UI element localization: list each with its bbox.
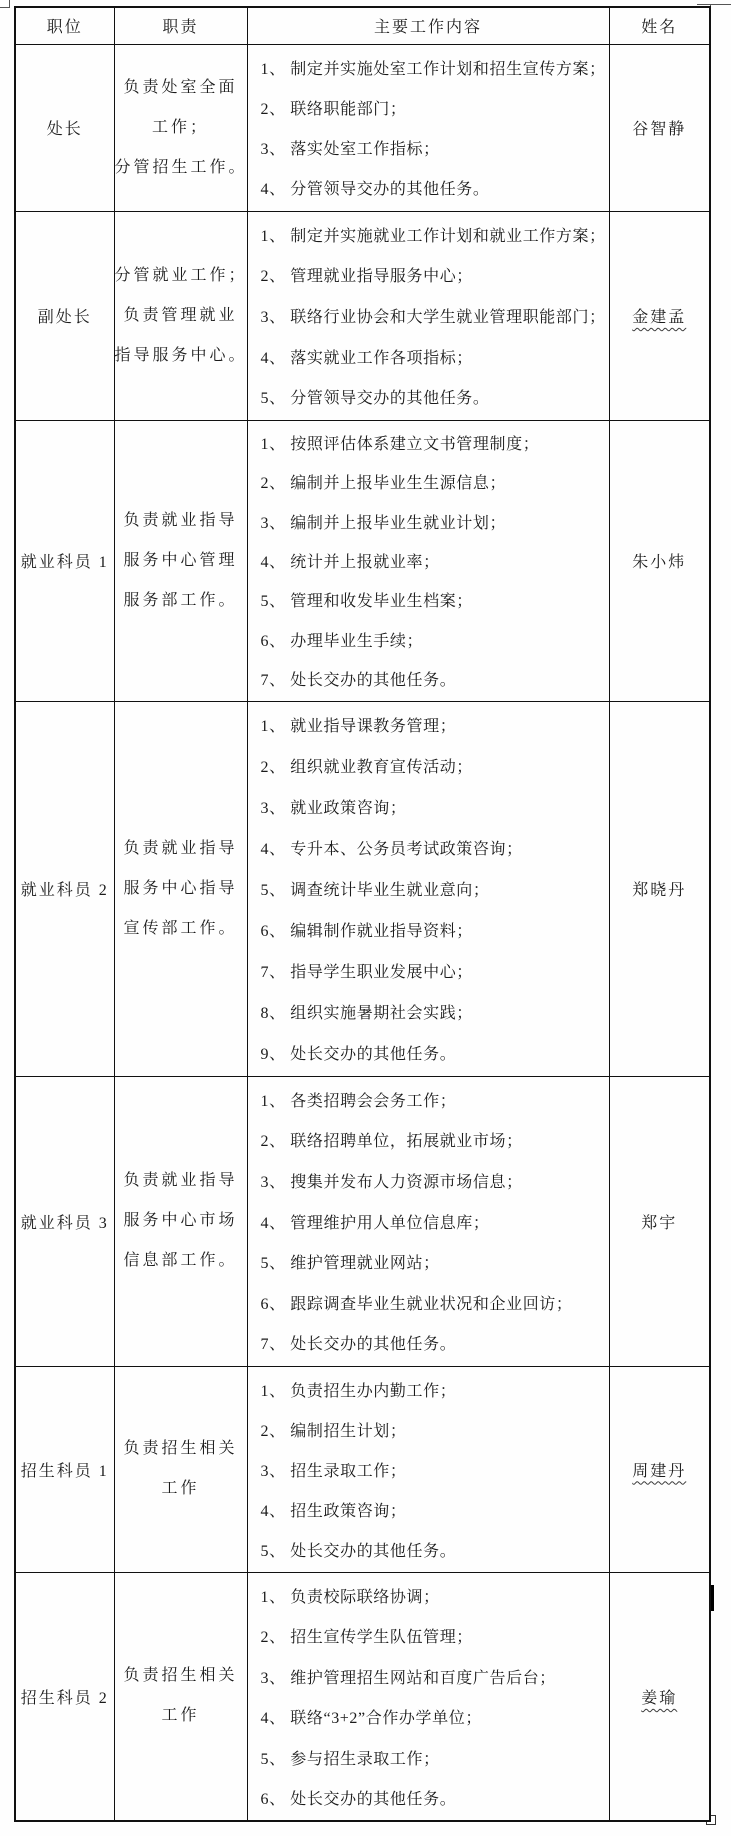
name-wrap: 姜瑜 [610,1685,710,1708]
duties-text: 负责处室全面工作；分管招生工作。 [115,68,247,188]
task-item: 1、 负责校际联络协调； [261,1575,603,1616]
name-wrap: 周建丹 [610,1458,710,1481]
duties-text: 负责就业指导服务中心指导宣传部工作。 [115,829,247,949]
duty-table: 职位 职责 主要工作内容 姓名 处长负责处室全面工作；分管招生工作。1、 制定并… [14,6,711,1822]
position-label: 就业科员 2 [16,877,114,900]
position-label: 就业科员 3 [16,1210,114,1233]
task-item: 4、 招生政策咨询； [261,1489,603,1529]
task-list: 1、 按照评估体系建立文书管理制度；2、 编制并上报毕业生生源信息；3、 编制并… [248,423,609,698]
duties-cell[interactable]: 负责就业指导服务中心指导宣传部工作。 [114,701,247,1076]
task-list: 1、 负责校际联络协调；2、 招生宣传学生队伍管理；3、 维护管理招生网站和百度… [248,1575,609,1818]
name-cell[interactable]: 郑宇 [609,1076,710,1366]
tasks-cell[interactable]: 1、 各类招聘会会务工作；2、 联络招聘单位，拓展就业市场；3、 搜集并发布人力… [247,1076,609,1366]
task-item: 3、 编制并上报毕业生就业计划； [261,502,603,541]
tasks-cell[interactable]: 1、 负责校际联络协调；2、 招生宣传学生队伍管理；3、 维护管理招生网站和百度… [247,1572,609,1821]
position-cell[interactable]: 招生科员 2 [15,1572,114,1821]
task-item: 1、 各类招聘会会务工作； [261,1079,603,1120]
task-item: 4、 分管领导交办的其他任务。 [261,168,603,208]
task-item: 9、 处长交办的其他任务。 [261,1032,603,1073]
header-tasks: 主要工作内容 [247,7,609,44]
duties-cell[interactable]: 负责处室全面工作；分管招生工作。 [114,44,247,211]
duty-line: 分管就业工作； [115,256,247,296]
name-label: 郑宇 [641,1215,677,1232]
duty-line: 负责处室全面 [115,68,247,108]
duties-text: 分管就业工作；负责管理就业指导服务中心。 [115,256,247,376]
task-item: 5、 分管领导交办的其他任务。 [261,376,603,417]
task-item: 3、 联络行业协会和大学生就业管理职能部门； [261,295,603,336]
task-item: 6、 办理毕业生手续； [261,619,603,658]
table-row: 处长负责处室全面工作；分管招生工作。1、 制定并实施处室工作计划和招生宣传方案；… [15,44,710,211]
task-item: 5、 处长交办的其他任务。 [261,1529,603,1569]
name-wrap: 谷智静 [610,116,710,139]
duty-line: 工作 [115,1696,247,1736]
task-item: 2、 编制并上报毕业生生源信息； [261,462,603,501]
task-list: 1、 制定并实施就业工作计划和就业工作方案；2、 管理就业指导服务中心；3、 联… [248,214,609,417]
task-item: 3、 就业政策咨询； [261,786,603,827]
table-row: 就业科员 1负责就业指导服务中心管理服务部工作。1、 按照评估体系建立文书管理制… [15,420,710,701]
duty-line: 负责就业指导 [115,1161,247,1201]
table-row: 副处长分管就业工作；负责管理就业指导服务中心。1、 制定并实施就业工作计划和就业… [15,211,710,420]
name-wrap: 郑晓丹 [610,877,710,900]
name-label: 金建孟 [632,309,686,326]
task-item: 1、 制定并实施处室工作计划和招生宣传方案； [261,47,603,87]
header-position: 职位 [15,7,114,44]
task-item: 4、 落实就业工作各项指标； [261,336,603,377]
duty-line: 负责就业指导 [115,829,247,869]
name-cell[interactable]: 金建孟 [609,211,710,420]
position-cell[interactable]: 就业科员 1 [15,420,114,701]
duties-text: 负责就业指导服务中心管理服务部工作。 [115,501,247,621]
task-list: 1、 制定并实施处室工作计划和招生宣传方案；2、 联络职能部门；3、 落实处室工… [248,47,609,208]
header-name: 姓名 [609,7,710,44]
header-duties: 职责 [114,7,247,44]
name-label: 周建丹 [632,1463,686,1480]
task-item: 7、 处长交办的其他任务。 [261,1322,603,1363]
task-item: 1、 制定并实施就业工作计划和就业工作方案； [261,214,603,255]
duty-line: 信息部工作。 [115,1241,247,1281]
task-item: 7、 处长交办的其他任务。 [261,659,603,698]
task-item: 6、 处长交办的其他任务。 [261,1777,603,1818]
name-cell[interactable]: 郑晓丹 [609,701,710,1076]
name-label: 姜瑜 [641,1690,677,1707]
name-cell[interactable]: 朱小炜 [609,420,710,701]
duty-line: 工作 [115,1469,247,1509]
name-cell[interactable]: 周建丹 [609,1366,710,1572]
task-item: 6、 编辑制作就业指导资料； [261,909,603,950]
position-label: 处长 [16,116,114,139]
duty-line: 负责招生相关 [115,1429,247,1469]
task-item: 2、 编制招生计划； [261,1409,603,1449]
task-item: 3、 落实处室工作指标； [261,128,603,168]
task-item: 4、 联络“3+2”合作办学单位； [261,1696,603,1737]
task-item: 3、 维护管理招生网站和百度广告后台； [261,1656,603,1697]
duty-line: 负责招生相关 [115,1656,247,1696]
tasks-cell[interactable]: 1、 负责招生办内勤工作；2、 编制招生计划；3、 招生录取工作；4、 招生政策… [247,1366,609,1572]
task-item: 4、 统计并上报就业率； [261,541,603,580]
task-item: 2、 联络招聘单位，拓展就业市场； [261,1120,603,1161]
task-item: 2、 组织就业教育宣传活动； [261,745,603,786]
table-row: 就业科员 2负责就业指导服务中心指导宣传部工作。1、 就业指导课教务管理；2、 … [15,701,710,1076]
task-item: 4、 专升本、公务员考试政策咨询； [261,827,603,868]
table-header-row: 职位 职责 主要工作内容 姓名 [15,7,710,44]
duty-line: 指导服务中心。 [115,336,247,376]
task-item: 5、 参与招生录取工作； [261,1737,603,1778]
task-item: 8、 组织实施暑期社会实践； [261,991,603,1032]
position-cell[interactable]: 就业科员 2 [15,701,114,1076]
task-item: 5、 维护管理就业网站； [261,1241,603,1282]
duties-text: 负责招生相关工作 [115,1656,247,1736]
task-item: 5、 管理和收发毕业生档案； [261,580,603,619]
duties-text: 负责招生相关工作 [115,1429,247,1509]
duties-cell[interactable]: 负责就业指导服务中心管理服务部工作。 [114,420,247,701]
duty-line: 负责就业指导 [115,501,247,541]
tasks-cell[interactable]: 1、 制定并实施就业工作计划和就业工作方案；2、 管理就业指导服务中心；3、 联… [247,211,609,420]
duties-cell[interactable]: 负责就业指导服务中心市场信息部工作。 [114,1076,247,1366]
task-item: 7、 指导学生职业发展中心； [261,950,603,991]
position-label: 副处长 [16,304,114,327]
duty-line: 分管招生工作。 [115,148,247,188]
position-label: 就业科员 1 [16,549,114,572]
position-cell[interactable]: 处长 [15,44,114,211]
tasks-cell[interactable]: 1、 按照评估体系建立文书管理制度；2、 编制并上报毕业生生源信息；3、 编制并… [247,420,609,701]
duty-line: 宣传部工作。 [115,909,247,949]
position-label: 招生科员 2 [16,1685,114,1708]
name-wrap: 金建孟 [610,304,710,327]
task-list: 1、 各类招聘会会务工作；2、 联络招聘单位，拓展就业市场；3、 搜集并发布人力… [248,1079,609,1363]
document-page: 职位 职责 主要工作内容 姓名 处长负责处室全面工作；分管招生工作。1、 制定并… [0,0,731,1836]
task-item: 6、 跟踪调查毕业生就业状况和企业回访； [261,1282,603,1323]
name-label: 谷智静 [632,121,686,138]
name-label: 郑晓丹 [632,882,686,899]
name-label: 朱小炜 [632,554,686,571]
table-row: 招生科员 2负责招生相关工作1、 负责校际联络协调；2、 招生宣传学生队伍管理；… [15,1572,710,1821]
task-item: 3、 招生录取工作； [261,1449,603,1489]
duty-line: 服务中心指导 [115,869,247,909]
table-row: 就业科员 3负责就业指导服务中心市场信息部工作。1、 各类招聘会会务工作；2、 … [15,1076,710,1366]
name-cell[interactable]: 姜瑜 [609,1572,710,1821]
duty-line: 服务中心市场 [115,1201,247,1241]
duty-line: 服务中心管理 [115,541,247,581]
position-label: 招生科员 1 [16,1458,114,1481]
task-item: 3、 搜集并发布人力资源市场信息； [261,1160,603,1201]
task-item: 2、 管理就业指导服务中心； [261,255,603,296]
task-item: 2、 联络职能部门； [261,87,603,127]
duties-cell[interactable]: 负责招生相关工作 [114,1366,247,1572]
task-list: 1、 就业指导课教务管理；2、 组织就业教育宣传活动；3、 就业政策咨询；4、 … [248,704,609,1073]
position-cell[interactable]: 副处长 [15,211,114,420]
duty-line: 工作； [115,108,247,148]
duties-cell[interactable]: 负责招生相关工作 [114,1572,247,1821]
task-item: 1、 就业指导课教务管理； [261,704,603,745]
task-item: 5、 调查统计毕业生就业意向； [261,868,603,909]
name-wrap: 郑宇 [610,1210,710,1233]
text-boundary-corner-icon [697,4,731,5]
task-list: 1、 负责招生办内勤工作；2、 编制招生计划；3、 招生录取工作；4、 招生政策… [248,1369,609,1569]
position-cell[interactable]: 招生科员 1 [15,1366,114,1572]
duty-line: 服务部工作。 [115,581,247,621]
text-boundary-corner-icon [0,0,10,8]
table-row: 招生科员 1负责招生相关工作1、 负责招生办内勤工作；2、 编制招生计划；3、 … [15,1366,710,1572]
name-wrap: 朱小炜 [610,549,710,572]
duties-cell[interactable]: 分管就业工作；负责管理就业指导服务中心。 [114,211,247,420]
duties-text: 负责就业指导服务中心市场信息部工作。 [115,1161,247,1281]
task-item: 4、 管理维护用人单位信息库； [261,1201,603,1242]
task-item: 1、 按照评估体系建立文书管理制度； [261,423,603,462]
tasks-cell[interactable]: 1、 就业指导课教务管理；2、 组织就业教育宣传活动；3、 就业政策咨询；4、 … [247,701,609,1076]
task-item: 1、 负责招生办内勤工作； [261,1369,603,1409]
tasks-cell[interactable]: 1、 制定并实施处室工作计划和招生宣传方案；2、 联络职能部门；3、 落实处室工… [247,44,609,211]
position-cell[interactable]: 就业科员 3 [15,1076,114,1366]
task-item: 2、 招生宣传学生队伍管理； [261,1615,603,1656]
name-cell[interactable]: 谷智静 [609,44,710,211]
duty-line: 负责管理就业 [115,296,247,336]
